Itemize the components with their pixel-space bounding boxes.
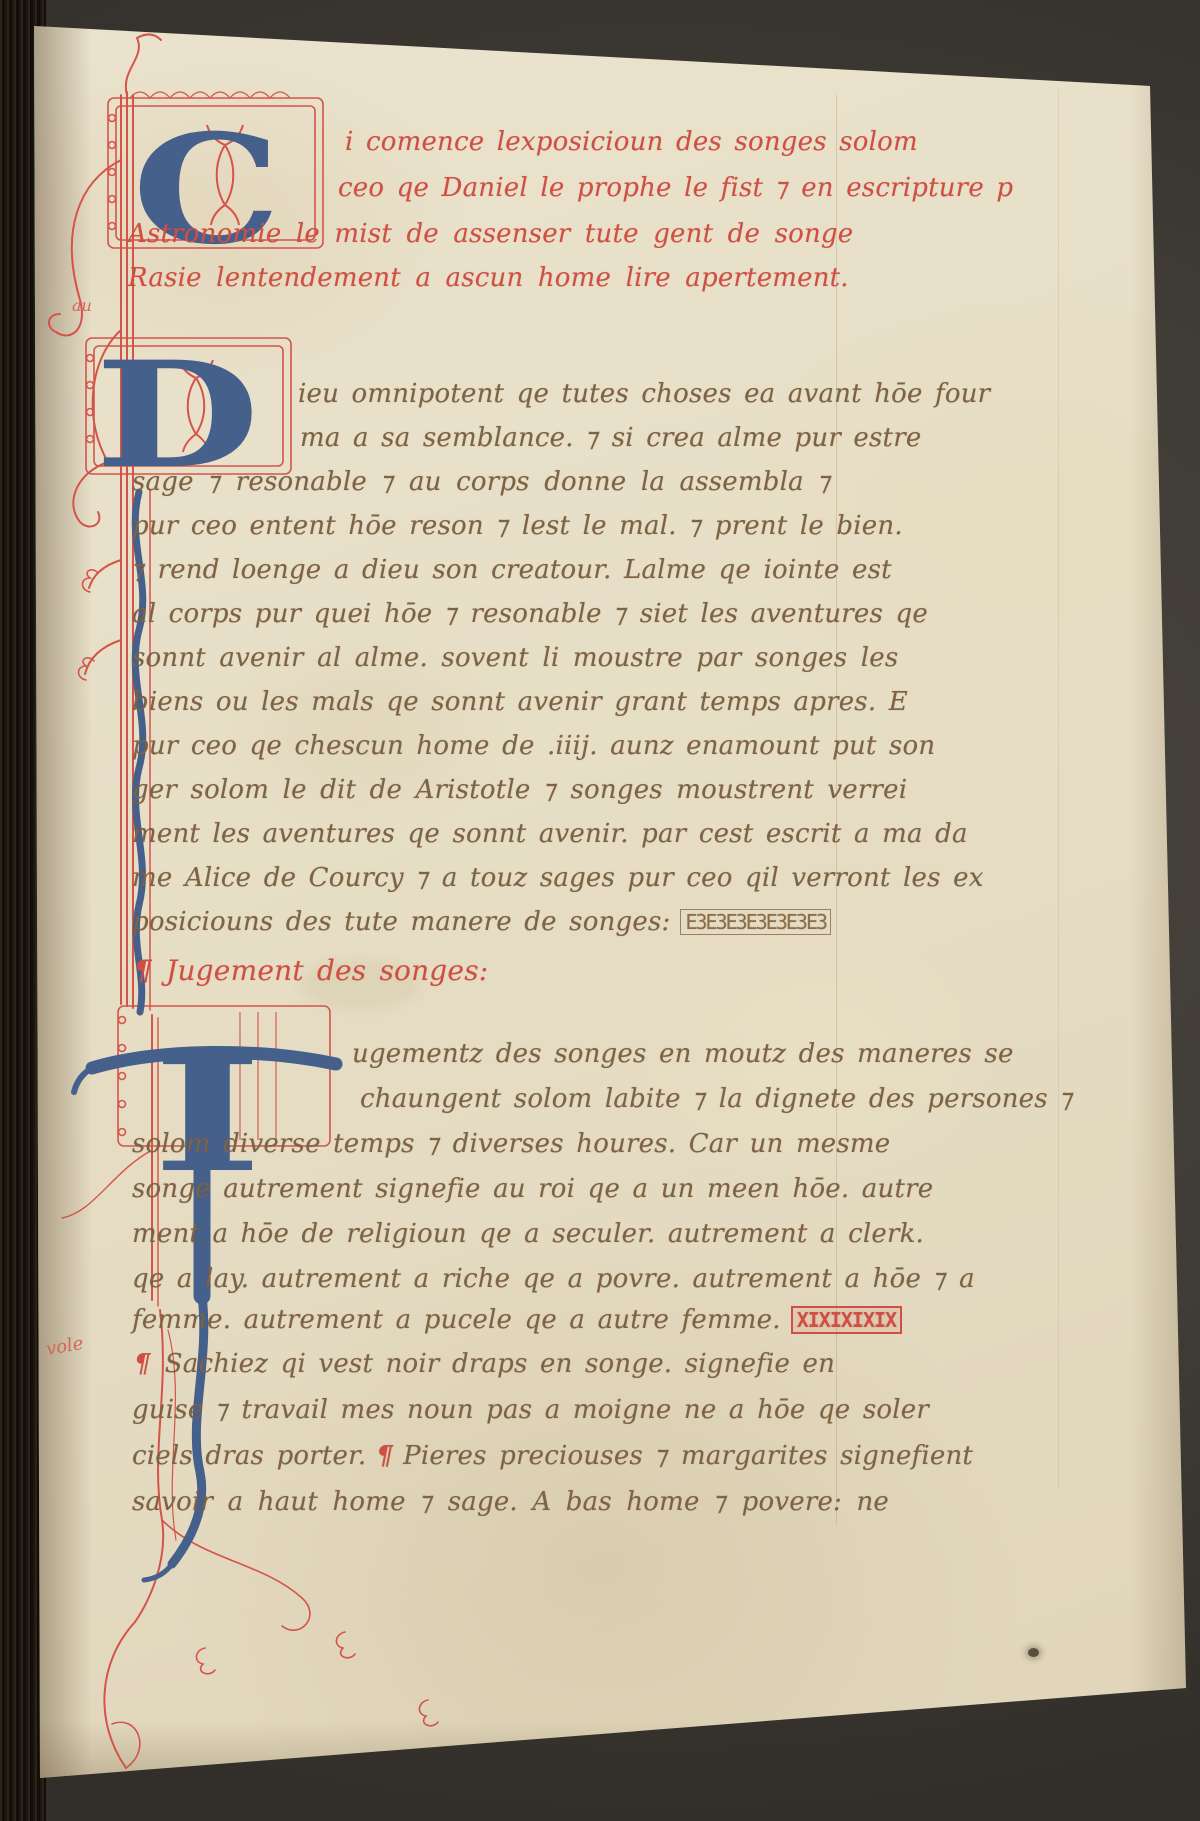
text-line: ment les aventures qe sonnt avenir. par …: [132, 820, 968, 849]
line-filler-red: XIXIXIXIX: [791, 1306, 902, 1334]
section-heading-text: Jugement des songes:: [166, 954, 488, 987]
paragraph-mark-icon: ¶: [376, 1441, 393, 1471]
initial-c: C: [132, 102, 281, 278]
text-line: savoir a haut home ⁊ sage. A bas home ⁊ …: [132, 1488, 889, 1517]
text-line: al corps pur quei hōe ⁊ resonable ⁊ siet…: [132, 600, 928, 629]
fleur-ornament-c: [207, 125, 243, 225]
bottom-edge-shadow: [0, 1721, 1200, 1791]
ink-stain: [1028, 1648, 1039, 1657]
text-line: songe autrement signefie au roi qe a un …: [132, 1175, 933, 1204]
paragraph-mark-icon: ¶: [134, 954, 152, 987]
line-filler-brown: E3E3E3E3E3E3E3: [680, 909, 831, 935]
text-line: chaungent solom labite ⁊ la dignete des …: [360, 1085, 1073, 1114]
text-line: me Alice de Courcy ⁊ a touz sages pur ce…: [132, 864, 984, 893]
rubric-line-2: ceo qe Daniel le prophe le fist ⁊ en esc…: [338, 174, 1013, 203]
text-line-end: posiciouns des tute manere de songes:: [132, 907, 670, 937]
text-line-body: Sachiez qi vest noir draps en songe. sig…: [165, 1349, 835, 1379]
filigree-frame-initial-i: [118, 1006, 330, 1146]
section-heading: ¶Jugement des songes:: [134, 956, 488, 987]
initial-c-letter: C: [132, 102, 281, 278]
text-line: ieu omnipotent qe tutes choses ea avant …: [298, 380, 990, 409]
text-line-part-b: Pieres preciouses ⁊ margarites signefien…: [403, 1441, 973, 1471]
text-line: biens ou les mals qe sonnt avenir grant …: [132, 688, 908, 717]
folio-number: 233: [856, 34, 928, 78]
gutter-shadow: [34, 0, 112, 1821]
text-line: ger solom le dit de Aristotle ⁊ songes m…: [132, 776, 907, 805]
rubric-line-4: Rasie lentendement a ascun home lire ape…: [128, 264, 849, 293]
text-line: posiciouns des tute manere de songes:E3E…: [132, 908, 831, 937]
text-line: ciels dras porter.¶Pieres preciouses ⁊ m…: [132, 1442, 973, 1471]
text-line: qe a lay. autrement a riche qe a povre. …: [132, 1265, 975, 1294]
text-line: ⁊ rend loenge a dieu son creatour. Lalme…: [132, 556, 892, 585]
ruling-line-far-right: [1058, 90, 1059, 1490]
text-line: solom diverse temps ⁊ diverses houres. C…: [132, 1130, 890, 1159]
filigree-frame-initial-d: [86, 338, 291, 474]
text-line: pur ceo qe chescun home de .iiij. aunz e…: [132, 732, 935, 761]
rubric-line-1: i comence lexposicioun des songes solom: [345, 128, 918, 157]
paragraph-mark-icon: ¶: [134, 1349, 151, 1379]
text-line: ¶Sachiez qi vest noir draps en songe. si…: [134, 1350, 835, 1379]
manuscript-page: 233: [0, 0, 1200, 1821]
text-line: pur ceo entent hōe reson ⁊ lest le mal. …: [132, 512, 903, 541]
photograph-backdrop: 233: [0, 0, 1200, 1821]
marginal-note-top: au: [72, 296, 92, 315]
fleur-ornament-d: [179, 360, 213, 452]
text-line: guise ⁊ travail mes noun pas a moigne ne…: [132, 1396, 929, 1425]
text-line-part-a: ciels dras porter.: [132, 1441, 366, 1471]
text-line: sage ⁊ resonable ⁊ au corps donne la ass…: [132, 468, 831, 497]
text-line-end: femme. autrement a pucele qe a autre fem…: [132, 1305, 781, 1335]
rubric-line-3: Astronomie le mist de assenser tute gent…: [128, 220, 853, 249]
text-line: sonnt avenir al alme. sovent li moustre …: [132, 644, 898, 673]
text-line: femme. autrement a pucele qe a autre fem…: [132, 1306, 902, 1335]
right-edge-shadow: [1130, 0, 1190, 1821]
text-line: ma a sa semblance. ⁊ si crea alme pur es…: [300, 424, 921, 453]
text-line: ugementz des songes en moutz des maneres…: [352, 1040, 1014, 1069]
text-line: ment a hōe de religioun qe a seculer. au…: [132, 1220, 924, 1249]
